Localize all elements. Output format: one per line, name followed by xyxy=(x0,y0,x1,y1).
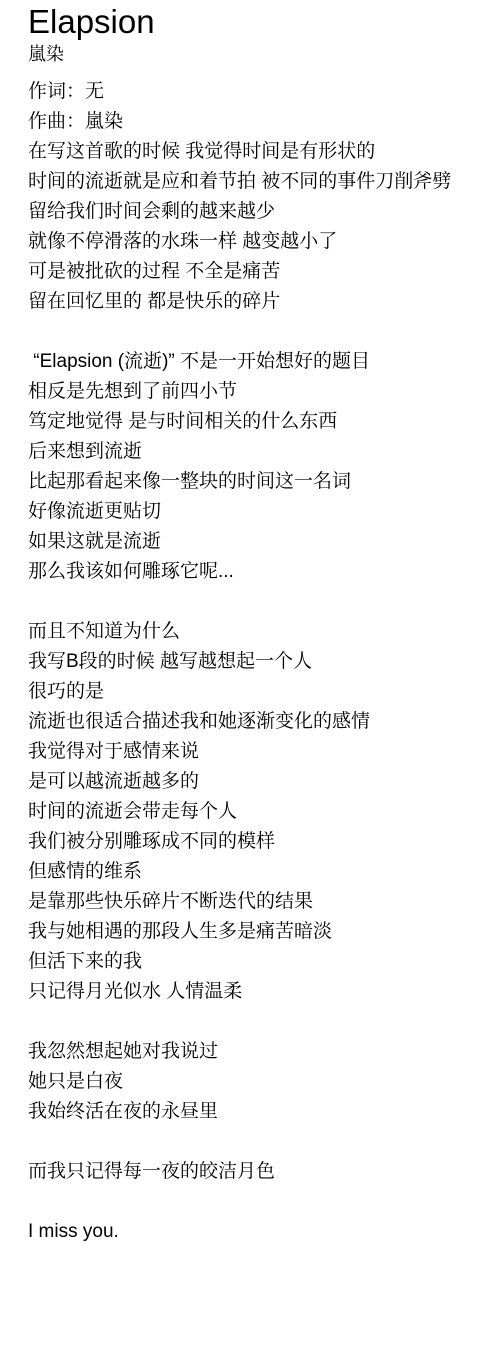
lyric-line xyxy=(28,587,500,617)
lyric-line: 比起那看起来像一整块的时间这一名词 xyxy=(28,467,500,497)
lyrics-body: 作词：无作曲：嵐染在写这首歌的时候 我觉得时间是有形状的时间的流逝就是应和着节拍… xyxy=(28,77,500,1247)
lyric-line: 而我只记得每一夜的皎洁月色 xyxy=(28,1157,500,1187)
lyric-line: 后来想到流逝 xyxy=(28,437,500,467)
lyric-line: 但感情的维系 xyxy=(28,857,500,887)
song-title: Elapsion xyxy=(28,2,500,42)
lyric-line: 她只是白夜 xyxy=(28,1067,500,1097)
lyric-line: 如果这就是流逝 xyxy=(28,527,500,557)
lyric-line: 我与她相遇的那段人生多是痛苦暗淡 xyxy=(28,917,500,947)
lyric-line: 留在回忆里的 都是快乐的碎片 xyxy=(28,287,500,317)
lyric-line: 作曲：嵐染 xyxy=(28,107,500,137)
lyric-line: 我忽然想起她对我说过 xyxy=(28,1037,500,1067)
lyric-line xyxy=(28,317,500,347)
lyric-line xyxy=(28,1127,500,1157)
lyric-line: “Elapsion (流逝)” 不是一开始想好的题目 xyxy=(28,347,500,377)
lyric-line xyxy=(28,1007,500,1037)
lyric-line: 可是被批砍的过程 不全是痛苦 xyxy=(28,257,500,287)
lyric-line: 流逝也很适合描述我和她逐渐变化的感情 xyxy=(28,707,500,737)
lyric-line: 我们被分别雕琢成不同的模样 xyxy=(28,827,500,857)
lyric-line: 相反是先想到了前四小节 xyxy=(28,377,500,407)
lyric-line: 那么我该如何雕琢它呢... xyxy=(28,557,500,587)
lyric-line: 作词：无 xyxy=(28,77,500,107)
lyric-line: 留给我们时间会剩的越来越少 xyxy=(28,197,500,227)
lyrics-page: Elapsion 嵐染 作词：无作曲：嵐染在写这首歌的时候 我觉得时间是有形状的… xyxy=(0,0,500,1360)
lyric-line: 好像流逝更贴切 xyxy=(28,497,500,527)
artist-name: 嵐染 xyxy=(28,42,500,66)
lyric-line: 在写这首歌的时候 我觉得时间是有形状的 xyxy=(28,137,500,167)
lyric-line: 我写B段的时候 越写越想起一个人 xyxy=(28,647,500,677)
lyric-line: 但活下来的我 xyxy=(28,947,500,977)
lyric-line: I miss you. xyxy=(28,1217,500,1247)
lyric-line: 是可以越流逝越多的 xyxy=(28,767,500,797)
lyric-line: 时间的流逝会带走每个人 xyxy=(28,797,500,827)
lyric-line xyxy=(28,1187,500,1217)
lyric-line: 很巧的是 xyxy=(28,677,500,707)
lyric-line: 只记得月光似水 人情温柔 xyxy=(28,977,500,1007)
lyric-line: 而且不知道为什么 xyxy=(28,617,500,647)
lyric-line: 时间的流逝就是应和着节拍 被不同的事件刀削斧劈 xyxy=(28,167,500,197)
lyric-line: 就像不停滑落的水珠一样 越变越小了 xyxy=(28,227,500,257)
lyric-line: 我始终活在夜的永昼里 xyxy=(28,1097,500,1127)
lyric-line: 笃定地觉得 是与时间相关的什么东西 xyxy=(28,407,500,437)
lyric-line: 我觉得对于感情来说 xyxy=(28,737,500,767)
lyric-line: 是靠那些快乐碎片不断迭代的结果 xyxy=(28,887,500,917)
